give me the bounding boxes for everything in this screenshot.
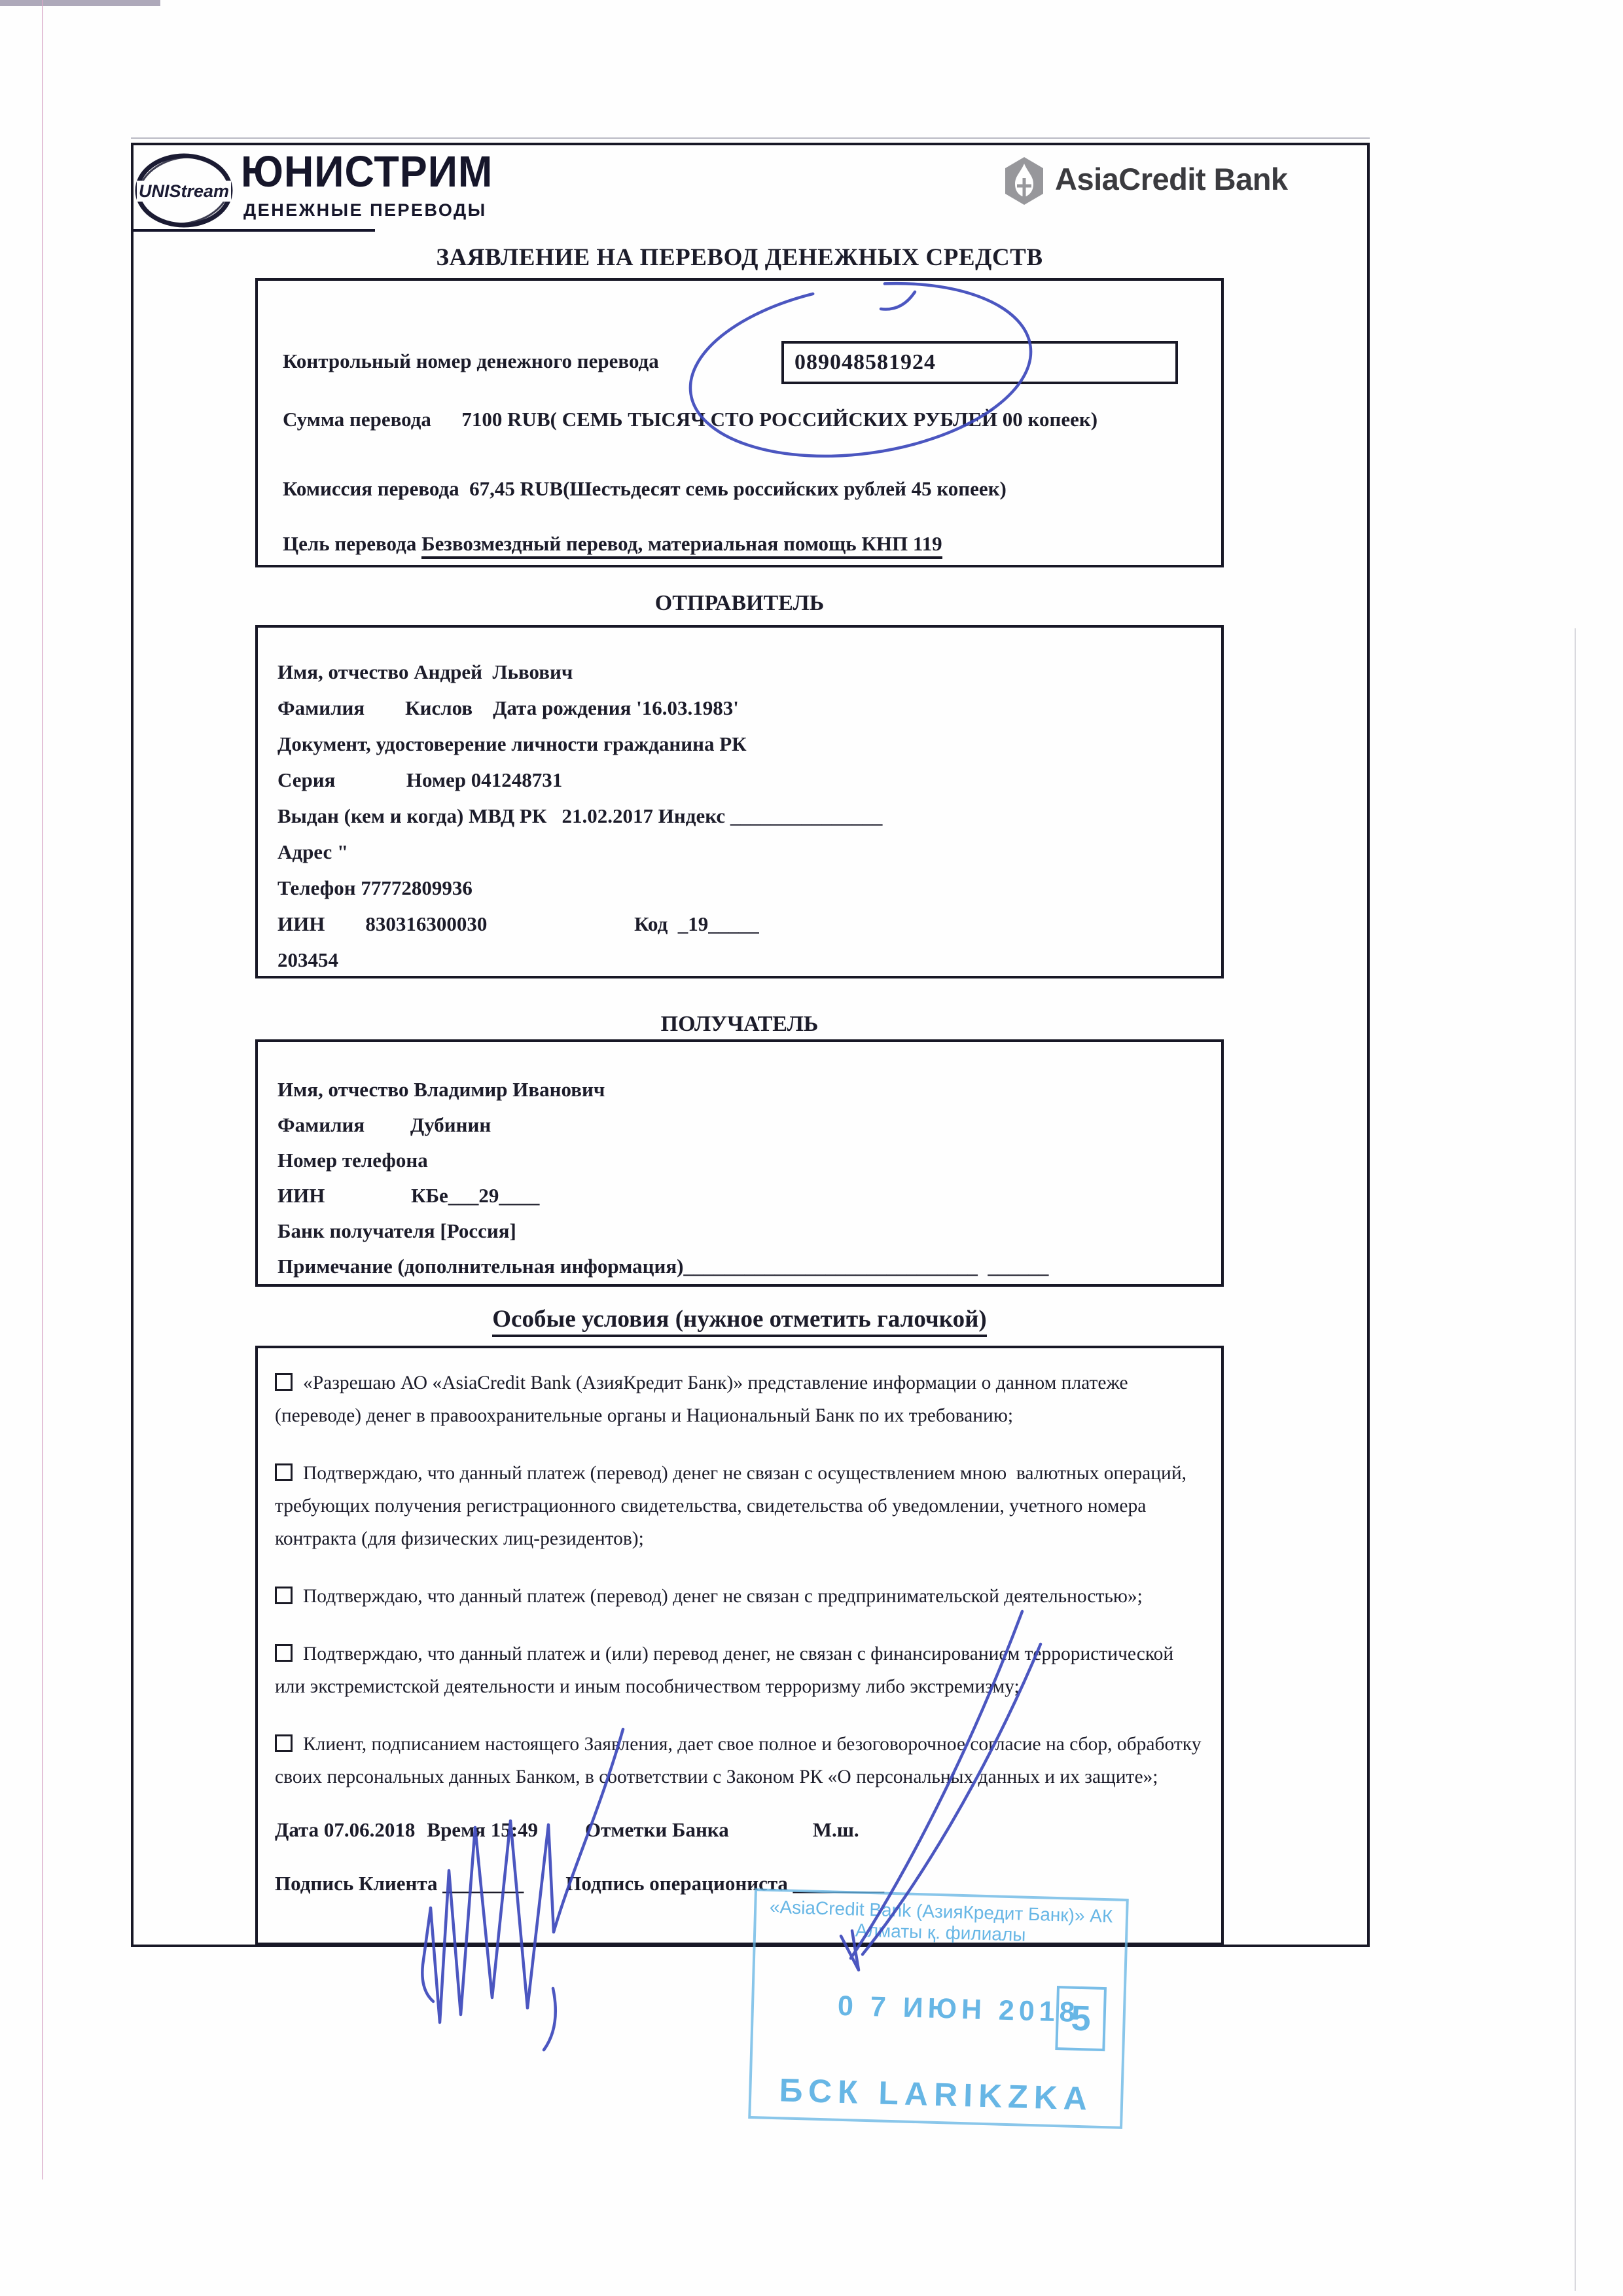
sender-row-name: Имя, отчество Андрей Львович <box>277 654 1221 690</box>
unistream-logo-underline <box>133 229 375 232</box>
scan-artifact-top-strip <box>0 0 160 6</box>
condition-item: Клиент, подписанием настоящего Заявления… <box>275 1728 1204 1793</box>
conditions-section-title: Особые условия (нужное отметить галочкой… <box>255 1305 1224 1333</box>
condition-item: «Разрешаю АО «AsiaCredit Bank (АзияКреди… <box>275 1367 1204 1432</box>
sender-row-issued: Выдан (кем и когда) МВД РК 21.02.2017 Ин… <box>277 798 1221 834</box>
unistream-logo-subtitle: ДЕНЕЖНЫЕ ПЕРЕВОДЫ <box>243 200 487 221</box>
scanned-transfer-application: UNIStream ЮНИСТРИМ ДЕНЕЖНЫЕ ПЕРЕВОДЫ Asi… <box>0 0 1623 2296</box>
asiacredit-bank-icon <box>1003 156 1046 210</box>
purpose-line: Цель перевода Безвозмездный перевод, мат… <box>283 532 942 556</box>
page-title: ЗАЯВЛЕНИЕ НА ПЕРЕВОД ДЕНЕЖНЫХ СРЕДСТВ <box>255 243 1224 272</box>
scan-artifact-double-top-line <box>131 137 1370 139</box>
checkbox-icon <box>275 1734 293 1752</box>
transfer-info-box: Контрольный номер денежного перевода 089… <box>255 278 1224 567</box>
sender-row-phone: Телефон 77772809936 <box>277 870 1221 906</box>
recipient-row-iin-kbe: ИИН КБе___29____ <box>277 1178 1221 1213</box>
sender-row-address: Адрес " <box>277 834 1221 870</box>
condition-item: Подтверждаю, что данный платеж и (или) п… <box>275 1638 1204 1703</box>
checkbox-icon <box>275 1373 293 1391</box>
control-number-value: 089048581924 <box>781 341 1178 384</box>
sender-row-document: Документ, удостоверение личности граждан… <box>277 726 1221 762</box>
amount-line: Сумма перевода 7100 RUB( СЕМЬ ТЫСЯЧ СТО … <box>283 403 1097 437</box>
recipient-row-note: Примечание (дополнительная информация)__… <box>277 1249 1221 1284</box>
client-signature-label: Подпись Клиента ________ <box>275 1872 524 1895</box>
sender-row-surname-dob: Фамилия Кислов Дата рождения '16.03.1983… <box>277 690 1221 726</box>
scan-artifact-vertical-line <box>42 0 43 2179</box>
checkbox-icon <box>275 1587 293 1604</box>
unistream-emblem-text: UNIStream <box>139 181 229 201</box>
bank-marks-label: Отметки Банка <box>585 1818 729 1841</box>
unistream-logo-text: ЮНИСТРИМ <box>241 147 493 197</box>
sender-row-series-number: Серия Номер 041248731 <box>277 762 1221 798</box>
stamp-number-box: 5 <box>1055 1986 1107 2051</box>
purpose-value: Безвозмездный перевод, материальная помо… <box>421 532 942 559</box>
signature-line: Подпись Клиента ________Подпись операцио… <box>275 1872 1204 1895</box>
unistream-globe-icon: UNIStream <box>134 152 234 234</box>
date-time-line: Дата 07.06.2018Время 15:49Отметки БанкаМ… <box>275 1818 1204 1842</box>
recipient-section-title: ПОЛУЧАТЕЛЬ <box>255 1012 1224 1037</box>
sender-section-title: ОТПРАВИТЕЛЬ <box>255 591 1224 616</box>
commission-line: Комиссия перевода 67,45 RUB(Шестьдесят с… <box>283 477 1007 501</box>
recipient-row-bank: Банк получателя [Россия] <box>277 1213 1221 1249</box>
conditions-box: «Разрешаю АО «AsiaCredit Bank (АзияКреди… <box>255 1346 1224 1945</box>
condition-item: Подтверждаю, что данный платеж (перевод)… <box>275 1580 1204 1613</box>
stamp-code: БСК LARIKZKA <box>751 2070 1121 2119</box>
stamp-date: 0 7 ИЮН 2018 <box>837 1990 1080 2029</box>
checkbox-icon <box>275 1644 293 1662</box>
date-value: Дата 07.06.2018 <box>275 1818 415 1841</box>
recipient-row-surname: Фамилия Дубинин <box>277 1107 1221 1143</box>
recipient-row-phone: Номер телефона <box>277 1143 1221 1178</box>
control-number-label: Контрольный номер денежного перевода <box>283 338 659 384</box>
sender-row-index-cont: 203454 <box>277 942 1221 978</box>
condition-item: Подтверждаю, что данный платеж (перевод)… <box>275 1457 1204 1555</box>
asiacredit-bank-logo-text: AsiaCredit Bank <box>1055 161 1288 197</box>
bank-stamp: «AsiaCredit Bank (АзияКредит Банк)» АК А… <box>748 1888 1129 2129</box>
msh-label: М.ш. <box>813 1818 859 1841</box>
scan-artifact-page-edge <box>1575 628 1576 2291</box>
sender-row-iin-code: ИИН 830316300030 Код _19_____ <box>277 906 1221 942</box>
purpose-label: Цель перевода <box>283 532 421 555</box>
client-signature-flick <box>544 1988 556 2050</box>
checkbox-icon <box>275 1463 293 1481</box>
recipient-row-name: Имя, отчество Владимир Иванович <box>277 1072 1221 1107</box>
time-value: Время 15:49 <box>427 1818 538 1841</box>
recipient-box: Имя, отчество Владимир Иванович Фамилия … <box>255 1039 1224 1287</box>
sender-box: Имя, отчество Андрей Львович Фамилия Кис… <box>255 625 1224 978</box>
